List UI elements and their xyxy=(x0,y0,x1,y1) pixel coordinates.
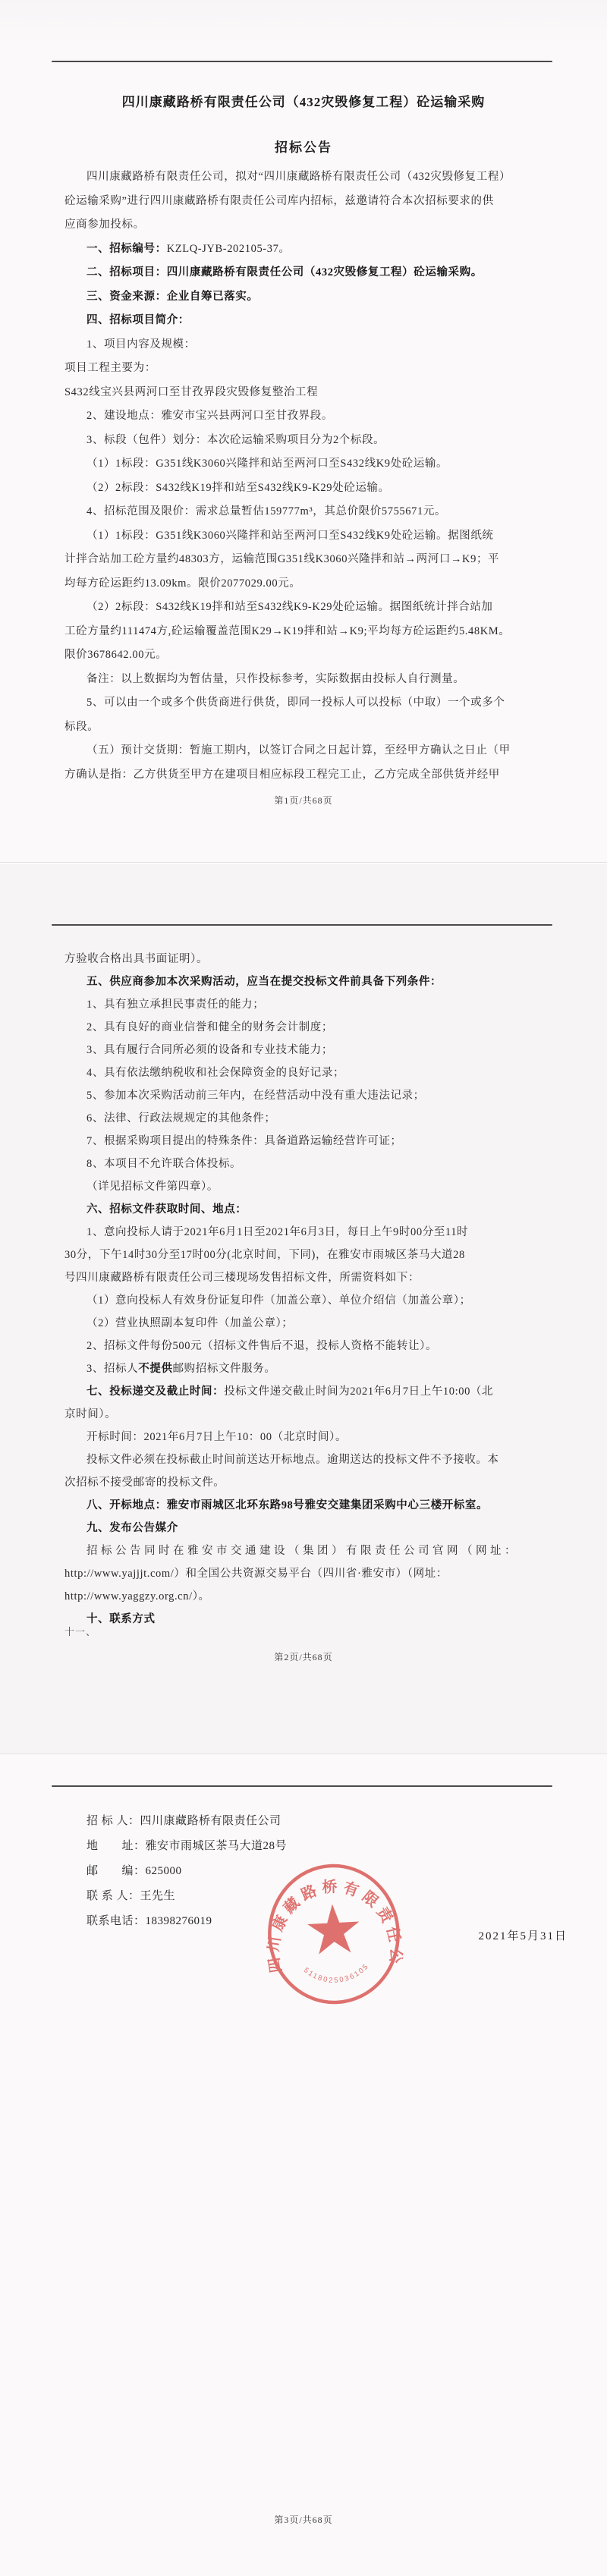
field-value: 625000 xyxy=(146,1865,182,1877)
field-label: 邮 编： xyxy=(86,1865,146,1877)
text-line: 标段。 xyxy=(64,716,565,740)
text-line: 2、招标文件每份500元（招标文件售后不退，投标人资格不能转让）。 xyxy=(64,1335,565,1357)
text-line: 7、根据采购项目提出的特殊条件：具备道路运输经营许可证； xyxy=(64,1130,565,1153)
page-1: 四川康藏路桥有限责任公司（432灾毁修复工程）砼运输采购 招标公告 四川康藏路桥… xyxy=(0,0,607,862)
text-line: 三、资金来源：企业自筹已落实。 xyxy=(64,285,565,310)
header-rule xyxy=(52,924,552,926)
text-line: 十、联系方式 xyxy=(64,1608,565,1631)
text-line: 6、法律、行政法规规定的其他条件； xyxy=(64,1107,565,1130)
page-number: 第3页/共68页 xyxy=(0,2513,607,2526)
text-line: 1、项目内容及规模： xyxy=(64,333,565,357)
page-2: 方验收合格出具书面证明）。 五、供应商参加本次采购活动，应当在提交投标文件前具备… xyxy=(0,862,607,1754)
text-line: 1、具有独立承担民事责任的能力； xyxy=(64,993,565,1016)
field-value: 雅安市雨城区茶马大道28号 xyxy=(146,1840,288,1852)
text-line: 方确认是指：乙方供货至甲方在建项目相应标段工程完工止，乙方完成全部供货并经甲 xyxy=(64,763,565,788)
text-line: 招标公告同时在雅安市交通建设（集团）有限责任公司官网（网址： xyxy=(64,1540,565,1562)
text-line: 一、招标编号：KZLQ-JYB-202105-37。 xyxy=(64,237,565,262)
text-line: 应商参加投标。 xyxy=(64,213,565,237)
text-line: 5、可以由一个或多个供货商进行供货，即同一投标人可以投标（中取）一个或多个 xyxy=(64,691,565,716)
header-rule xyxy=(52,1785,552,1787)
text-line: 四川康藏路桥有限责任公司，拟对“四川康藏路桥有限责任公司（432灾毁修复工程） xyxy=(64,165,565,190)
text-line: 九、发布公告媒介 xyxy=(64,1517,565,1540)
page-number: 第1页/共68页 xyxy=(0,794,607,807)
text-line: （详见招标文件第四章）。 xyxy=(64,1175,565,1198)
text-line: 4、具有依法缴纳税收和社会保障资金的良好记录； xyxy=(64,1062,565,1084)
contact-row: 招 标 人：四川康藏路桥有限责任公司 xyxy=(86,1809,287,1834)
announcement-date: 2021年5月31日 xyxy=(478,1927,568,1943)
text-line: http://www.yaggzy.org.cn/）。 xyxy=(64,1585,565,1608)
text-line: 工砼方量约111474方,砼运输覆盖范围K29→K19拌和站→K9;平均每方砼运… xyxy=(64,620,565,644)
text-line: 限价3678642.00元。 xyxy=(64,643,565,668)
text-line: S432线宝兴县两河口至甘孜界段灾毁修复整治工程 xyxy=(64,381,565,405)
text-line: 30分，下午14时30分至17时00分(北京时间，下同)，在雅安市雨城区茶马大道… xyxy=(64,1244,565,1266)
text-line: 八、开标地点：雅安市雨城区北环东路98号雅安交建集团采购中心三楼开标室。 xyxy=(64,1494,565,1517)
text-line: （1）意向投标人有效身份证复印件（加盖公章）、单位介绍信（加盖公章）； xyxy=(64,1289,565,1312)
text-line: 计拌合站加工砼方量约48303方，运输范围G351线K3060兴隆拌和站→两河口… xyxy=(64,548,565,572)
document-title: 四川康藏路桥有限责任公司（432灾毁修复工程）砼运输采购 xyxy=(0,91,607,110)
page-2-body: 方验收合格出具书面证明）。 五、供应商参加本次采购活动，应当在提交投标文件前具备… xyxy=(64,948,565,1631)
margin-note: 十一、 xyxy=(64,1624,96,1638)
text-segment: 投标文件递交截止时间为2021年6月7日上午10:00（北 xyxy=(224,1386,493,1398)
item-label: 一、招标编号： xyxy=(86,243,167,255)
contact-row: 邮 编：625000 xyxy=(86,1859,287,1884)
star-icon xyxy=(307,1903,361,1955)
text-line: 2、具有良好的商业信誉和健全的财务会计制度； xyxy=(64,1016,565,1039)
text-line: 次招标不接受邮寄的投标文件。 xyxy=(64,1471,565,1494)
text-line: 二、招标项目：四川康藏路桥有限责任公司（432灾毁修复工程）砼运输采购。 xyxy=(64,261,565,285)
text-line: 3、招标人不提供邮购招标文件服务。 xyxy=(64,1357,565,1380)
contact-row: 联 系 人：王先生 xyxy=(86,1884,287,1909)
seal-number-text: 5118025036105 xyxy=(301,1961,372,1986)
text-line: 3、具有履行合同所必须的设备和专业技术能力； xyxy=(64,1039,565,1062)
text-line: 备注：以上数据均为暂估量，只作投标参考，实际数据由投标人自行测量。 xyxy=(64,668,565,692)
text-line: 1、意向投标人请于2021年6月1日至2021年6月3日，每日上午9时00分至1… xyxy=(64,1221,565,1244)
text-line: 2、建设地点：雅安市宝兴县两河口至甘孜界段。 xyxy=(64,404,565,429)
field-label: 联系电话： xyxy=(86,1915,146,1927)
field-label: 地 址： xyxy=(86,1840,146,1852)
text-line: 七、投标递交及截止时间：投标文件递交截止时间为2021年6月7日上午10:00（… xyxy=(64,1380,565,1403)
text-line: （五）预计交货期：暂施工期内，以签订合同之日起计算，至经甲方确认之日止（甲 xyxy=(64,739,565,763)
text-line: http://www.yajjjt.com/）和全国公共资源交易平台（四川省·雅… xyxy=(64,1562,565,1585)
text-line: 号四川康藏路桥有限责任公司三楼现场发售招标文件，所需资料如下： xyxy=(64,1266,565,1289)
field-value: 王先生 xyxy=(140,1890,176,1902)
text-segment: 3、招标人 xyxy=(86,1363,138,1375)
page-1-body: 四川康藏路桥有限责任公司，拟对“四川康藏路桥有限责任公司（432灾毁修复工程） … xyxy=(64,165,565,787)
page-number: 第2页/共68页 xyxy=(0,1650,607,1663)
text-line: 均每方砼运距约13.09km。限价2077029.00元。 xyxy=(64,572,565,596)
text-line: 京时间）。 xyxy=(64,1403,565,1426)
company-seal: 四川康藏路桥有限责任公司 5118025036105 xyxy=(262,1857,406,2011)
text-line: （1）1标段：G351线K3060兴隆拌和站至两河口至S432线K9处砼运输。据… xyxy=(64,524,565,549)
scanned-document: 四川康藏路桥有限责任公司（432灾毁修复工程）砼运输采购 招标公告 四川康藏路桥… xyxy=(0,0,607,2576)
text-line: 六、招标文件获取时间、地点： xyxy=(64,1198,565,1221)
field-label: 联 系 人： xyxy=(86,1890,140,1902)
header-rule xyxy=(52,61,552,62)
text-segment: 邮购招标文件服务。 xyxy=(173,1363,276,1375)
text-line: （1）1标段：G351线K3060兴隆拌和站至两河口至S432线K9处砼运输。 xyxy=(64,452,565,477)
page-3: 招 标 人：四川康藏路桥有限责任公司 地 址：雅安市雨城区茶马大道28号 邮 编… xyxy=(0,1754,607,2576)
text-line: （2）2标段：S432线K19拌和站至S432线K9-K29处砼运输。 xyxy=(64,477,565,501)
text-line: 3、标段（包件）划分：本次砼运输采购项目分为2个标段。 xyxy=(64,429,565,453)
field-label: 招 标 人： xyxy=(86,1815,140,1827)
text-line: 五、供应商参加本次采购活动，应当在提交投标文件前具备下列条件： xyxy=(64,970,565,993)
text-line: 投标文件必须在投标截止时间前送达开标地点。逾期送达的投标文件不予接收。本 xyxy=(64,1448,565,1471)
text-line: 方验收合格出具书面证明）。 xyxy=(64,948,565,970)
contact-row: 联系电话：18398276019 xyxy=(86,1909,287,1934)
field-value: 18398276019 xyxy=(146,1915,212,1927)
text-line: 四、招标项目简介： xyxy=(64,309,565,333)
text-line: （2）2标段：S432线K19拌和站至S432线K9-K29处砼运输。据图纸统计… xyxy=(64,596,565,620)
text-line: 砼运输采购”进行四川康藏路桥有限责任公司库内招标，兹邀请符合本次招标要求的供 xyxy=(64,190,565,214)
text-line: 8、本项目不允许联合体投标。 xyxy=(64,1153,565,1175)
text-line: 4、招标范围及限价：需求总量暂估159777m³，其总价限价5755671元。 xyxy=(64,500,565,524)
text-line: （2）营业执照副本复印件（加盖公章）； xyxy=(64,1312,565,1335)
announcement-heading: 招标公告 xyxy=(0,137,607,156)
contact-block: 招 标 人：四川康藏路桥有限责任公司 地 址：雅安市雨城区茶马大道28号 邮 编… xyxy=(86,1809,287,1934)
field-value: 四川康藏路桥有限责任公司 xyxy=(140,1815,281,1827)
text-line: 开标时间：2021年6月7日上午10：00（北京时间）。 xyxy=(64,1426,565,1448)
text-line: 5、参加本次采购活动前三年内，在经营活动中没有重大违法记录； xyxy=(64,1084,565,1107)
text-line: 项目工程主要为： xyxy=(64,357,565,381)
item-value: KZLQ-JYB-202105-37。 xyxy=(167,243,291,255)
contact-row: 地 址：雅安市雨城区茶马大道28号 xyxy=(86,1834,287,1859)
item-label: 七、投标递交及截止时间： xyxy=(86,1386,224,1398)
emphasized-segment: 不提供 xyxy=(138,1363,172,1375)
